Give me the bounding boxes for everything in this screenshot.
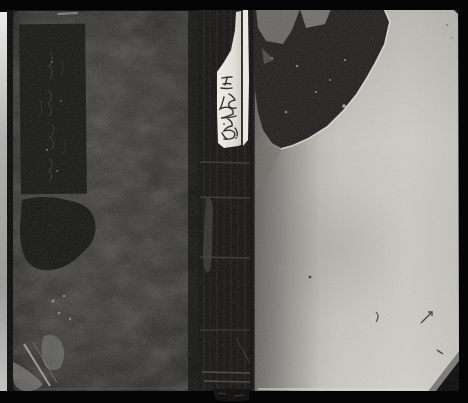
frame-top-bar — [0, 0, 468, 10]
photo-of-old-book: 五建筑 — [0, 0, 468, 403]
left-page-block-edge — [0, 12, 7, 392]
book-photo-canvas — [0, 0, 468, 403]
frame-right-bar — [459, 0, 468, 403]
film-grain-overlay — [7, 8, 460, 392]
spine-bottom-tail — [213, 389, 250, 402]
